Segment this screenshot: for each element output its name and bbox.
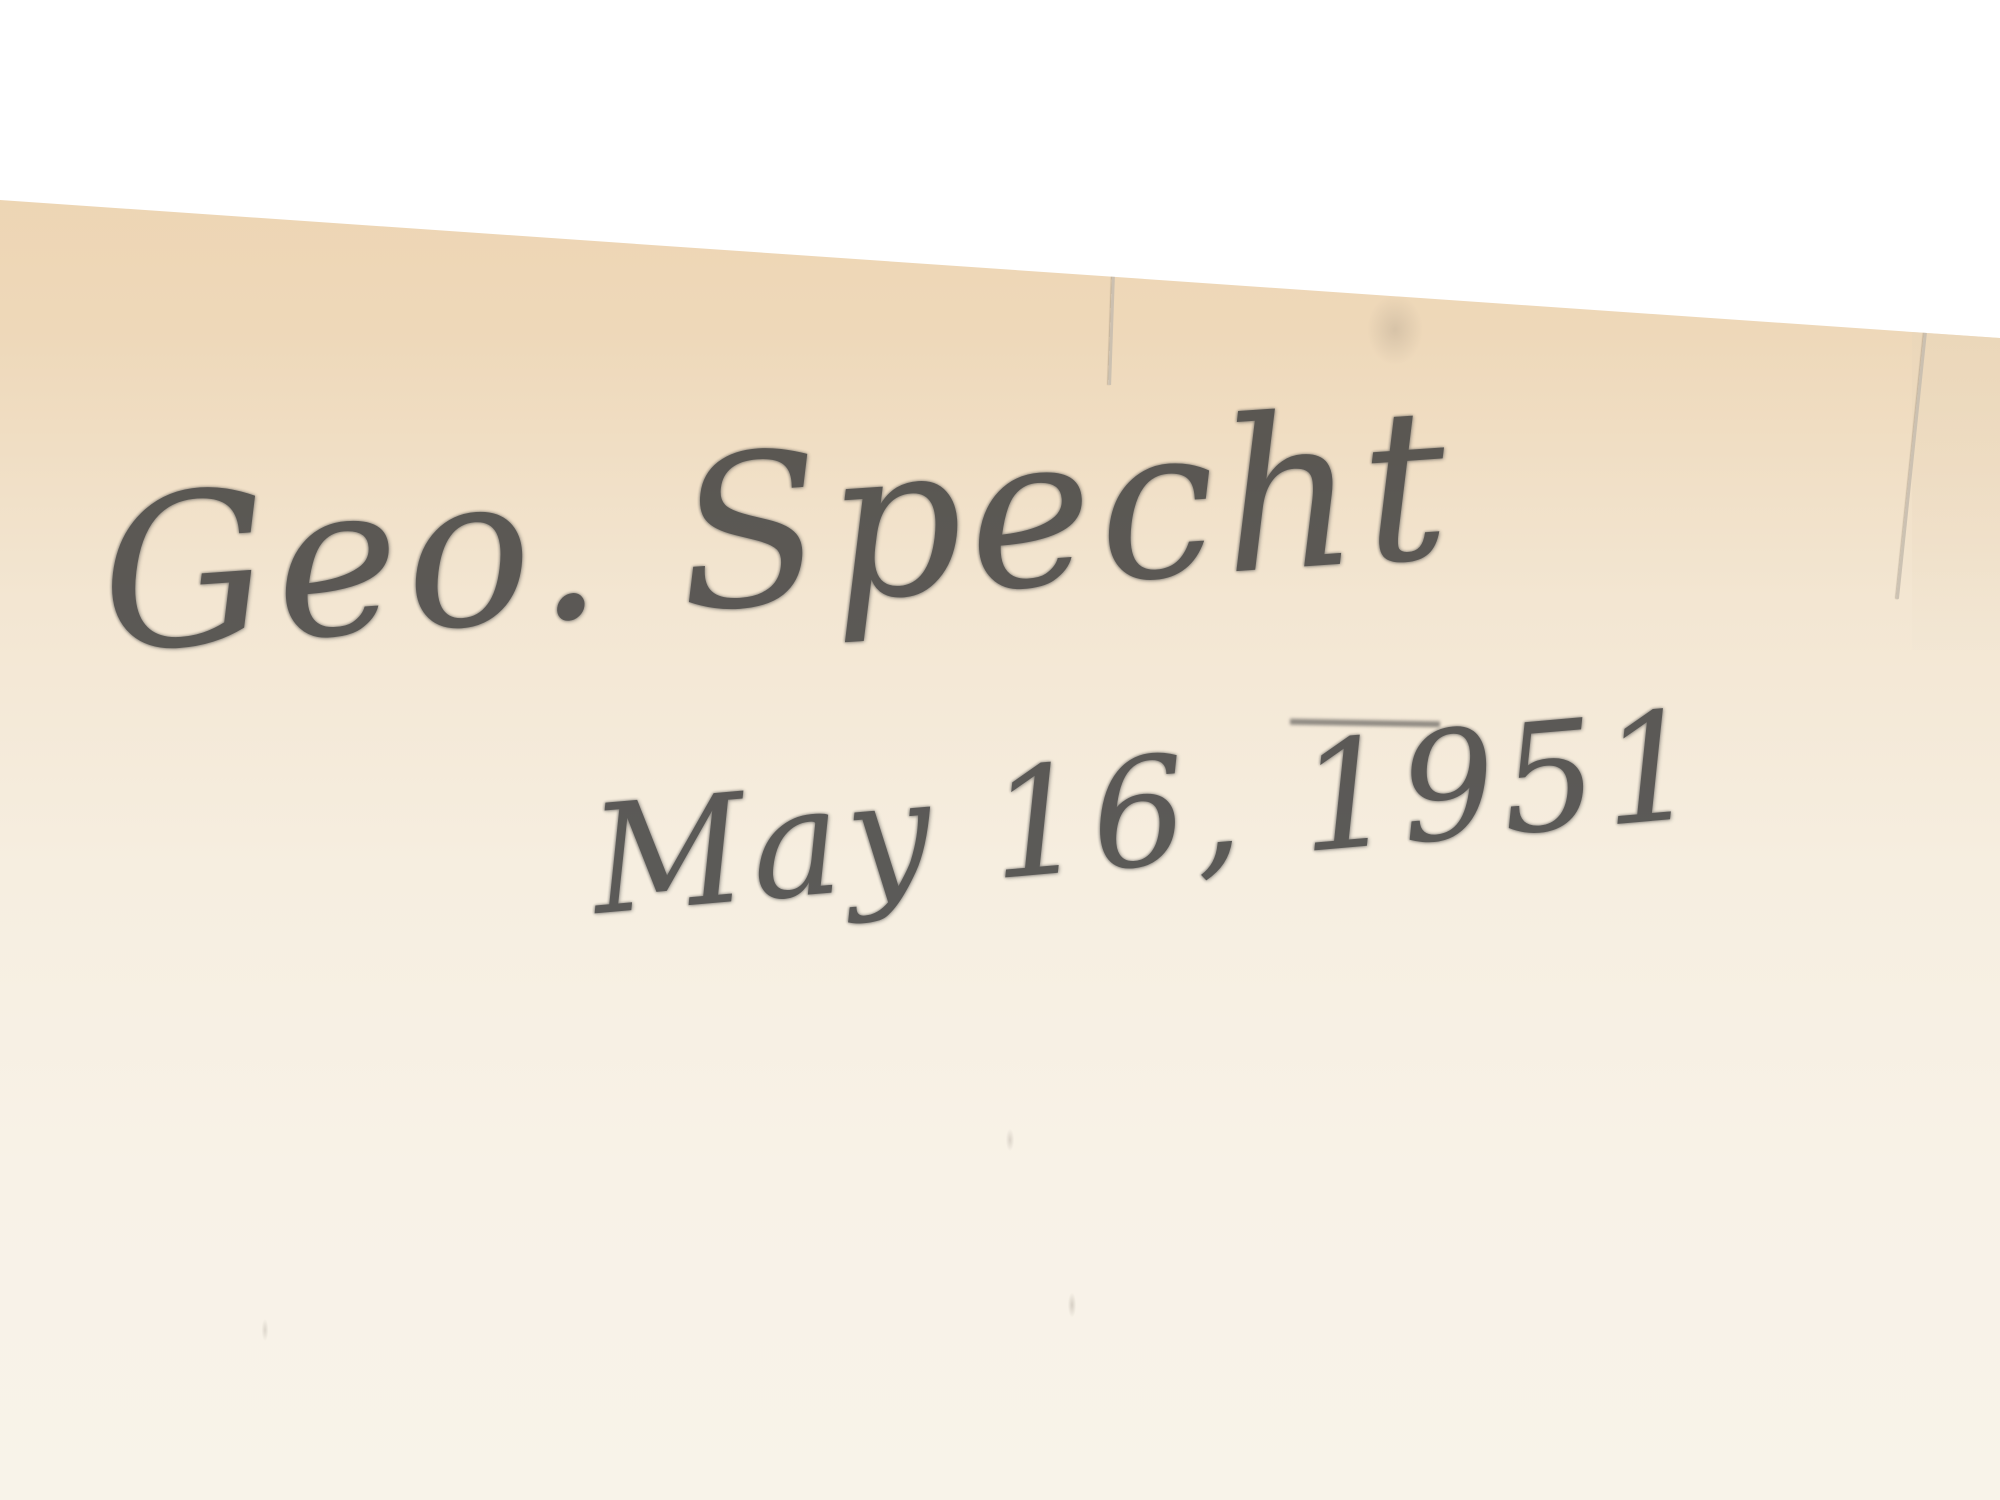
signature-name: Geo. Specht [93,361,1461,700]
paper-fold [1912,330,2000,650]
paper-sheet: Geo. Specht May 16, 1951 [0,0,2000,1500]
inscription-date: May 16, 1951 [585,678,1711,949]
paper-crease [1108,275,1115,385]
